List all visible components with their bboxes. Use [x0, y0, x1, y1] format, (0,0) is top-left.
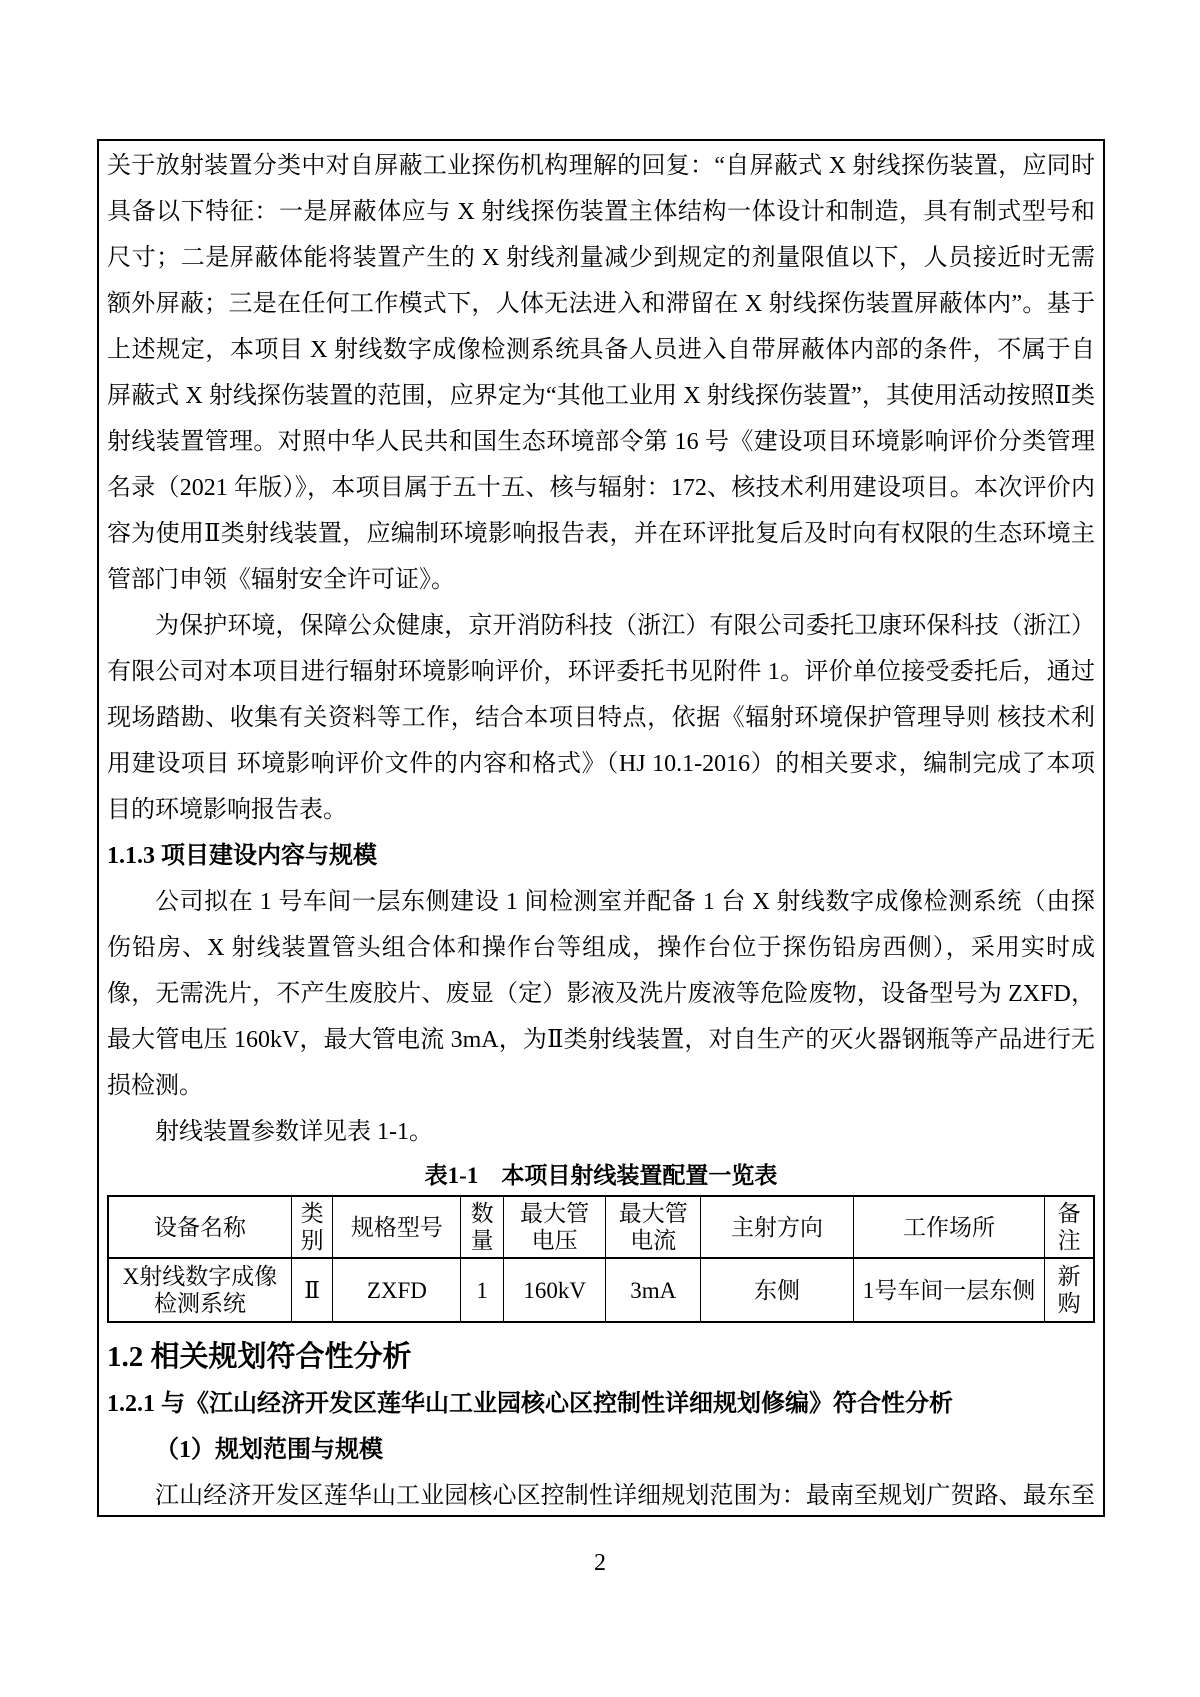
- cell-max-voltage: 160kV: [503, 1258, 606, 1322]
- table-data-row: X射线数字成像 检测系统 Ⅱ ZXFD 1 160kV 3mA 东侧 1号车间一…: [108, 1258, 1094, 1322]
- heading-1-2: 1.2 相关规划符合性分析: [107, 1333, 1095, 1381]
- table-header-row: 设备名称 类 别 规格型号 数 量 最大管 电压 最大管 电流 主射方向 工作场…: [108, 1196, 1094, 1258]
- cell-remark: 新 购: [1045, 1258, 1094, 1322]
- page-number: 2: [0, 1548, 1200, 1578]
- ray-device-config-table: 设备名称 类 别 规格型号 数 量 最大管 电压 最大管 电流 主射方向 工作场…: [107, 1195, 1095, 1323]
- column-header-max-current: 最大管 电流: [606, 1196, 701, 1258]
- column-header-category: 类 别: [291, 1196, 332, 1258]
- paragraph-table-reference: 射线装置参数详见表 1-1。: [107, 1109, 1095, 1155]
- cell-beam-direction: 东侧: [701, 1258, 854, 1322]
- column-header-device-name: 设备名称: [108, 1196, 291, 1258]
- table-caption: 表1-1 本项目射线装置配置一览表: [107, 1161, 1095, 1191]
- column-header-remark: 备 注: [1045, 1196, 1094, 1258]
- paragraph-planning-scope: 江山经济开发区莲华山工业园核心区控制性详细规划范围为：最南至规划广贺路、最东至: [107, 1473, 1095, 1517]
- paragraph-construction-content: 公司拟在 1 号车间一层东侧建设 1 间检测室并配备 1 台 X 射线数字成像检…: [107, 879, 1095, 1109]
- cell-max-current: 3mA: [606, 1258, 701, 1322]
- document-page: 关于放射装置分类中对自屏蔽工业探伤机构理解的回复：“自屏蔽式 X 射线探伤装置，…: [0, 0, 1200, 1697]
- column-header-max-voltage: 最大管 电压: [503, 1196, 606, 1258]
- cell-quantity: 1: [461, 1258, 503, 1322]
- cell-spec-model: ZXFD: [333, 1258, 461, 1322]
- heading-1-1-3: 1.1.3 项目建设内容与规模: [107, 833, 1095, 879]
- heading-planning-scope: （1）规划范围与规模: [107, 1427, 1095, 1473]
- column-header-beam-direction: 主射方向: [701, 1196, 854, 1258]
- column-header-spec-model: 规格型号: [333, 1196, 461, 1258]
- paragraph-entrustment: 为保护环境，保障公众健康，京开消防科技（浙江）有限公司委托卫康环保科技（浙江）有…: [107, 603, 1095, 833]
- column-header-work-place: 工作场所: [853, 1196, 1044, 1258]
- cell-category: Ⅱ: [291, 1258, 332, 1322]
- heading-1-2-1: 1.2.1 与《江山经济开发区莲华山工业园核心区控制性详细规划修编》符合性分析: [107, 1381, 1095, 1427]
- cell-work-place: 1号车间一层东侧: [853, 1258, 1044, 1322]
- column-header-quantity: 数 量: [461, 1196, 503, 1258]
- content-border-box: 关于放射装置分类中对自屏蔽工业探伤机构理解的回复：“自屏蔽式 X 射线探伤装置，…: [97, 139, 1105, 1517]
- cell-device-name: X射线数字成像 检测系统: [108, 1258, 291, 1322]
- paragraph-classification-reply: 关于放射装置分类中对自屏蔽工业探伤机构理解的回复：“自屏蔽式 X 射线探伤装置，…: [107, 143, 1095, 603]
